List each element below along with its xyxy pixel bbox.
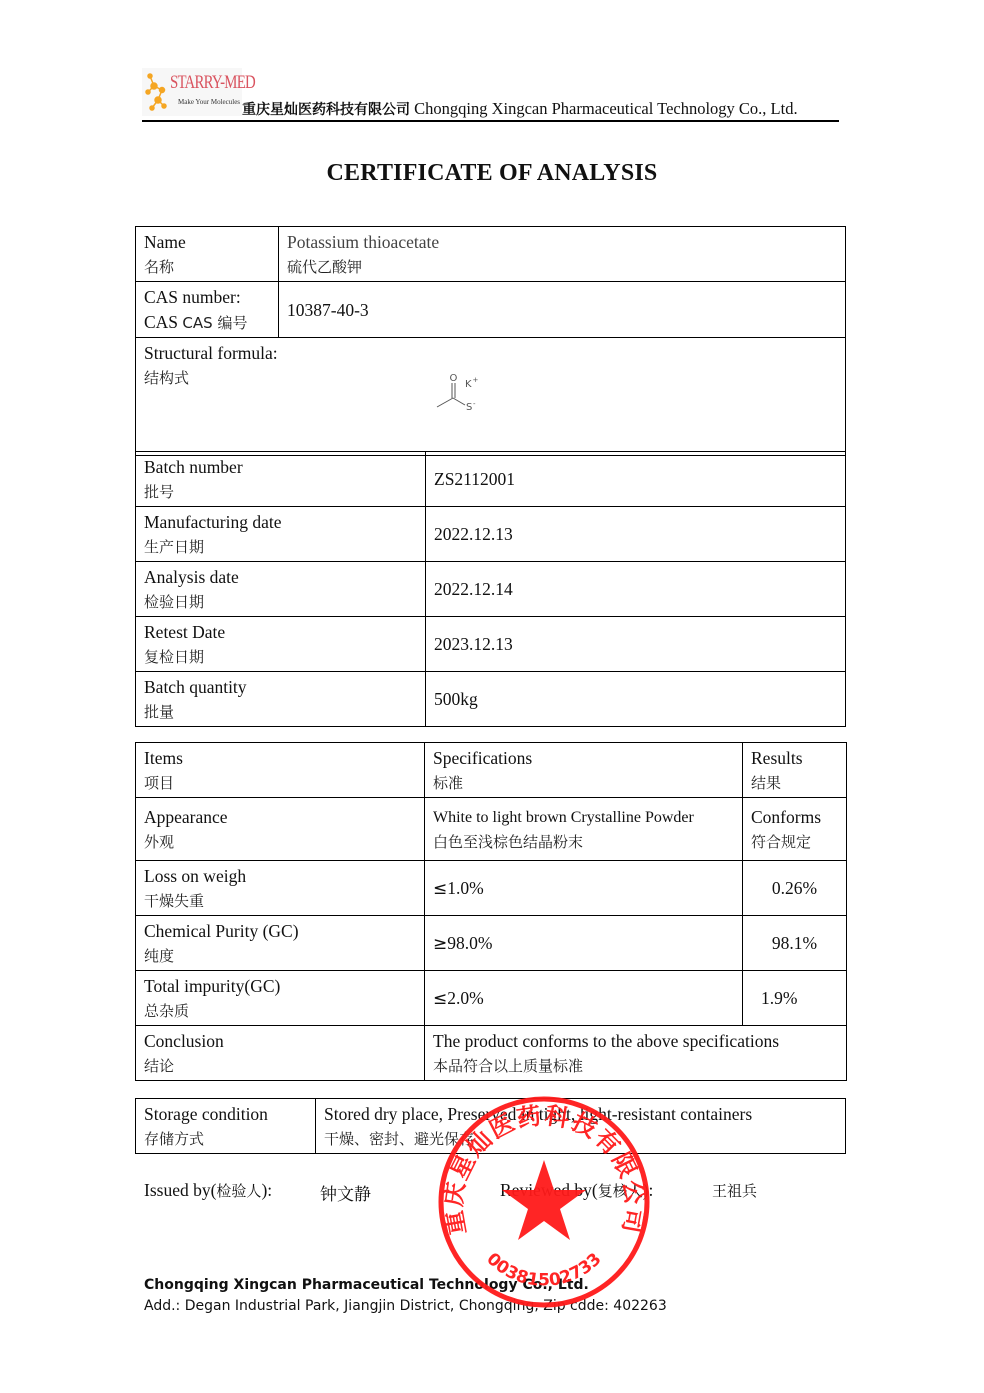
header-items: Items项目 — [136, 743, 425, 798]
batch-field-value: ZS2112001 — [426, 452, 846, 507]
item-total-impurity: Total impurity(GC)总杂质 — [136, 971, 425, 1026]
header-divider — [142, 120, 839, 122]
cas-label: CAS number: CAS CAS 编号 — [136, 282, 279, 338]
conclusion-label: Conclusion结论 — [136, 1026, 425, 1081]
molecule-logo-icon — [144, 72, 170, 112]
result-appearance: Conforms符合规定 — [743, 798, 847, 861]
conclusion-text: The product conforms to the above specif… — [425, 1026, 847, 1081]
header-specifications: Specifications标准 — [425, 743, 743, 798]
header-results: Results结果 — [743, 743, 847, 798]
spec-total-impurity: ≤2.0% — [425, 971, 743, 1026]
item-loss-on-weigh: Loss on weigh干燥失重 — [136, 861, 425, 916]
table-row: Batch quantity批量500kg — [136, 672, 846, 727]
reviewed-by-label: Reviewed by(复核人): — [500, 1180, 653, 1201]
logo-tagline: Make Your Molecules — [178, 98, 240, 106]
cas-value: 10387-40-3 — [279, 282, 846, 338]
storage-label: Storage condition存储方式 — [136, 1099, 316, 1154]
company-name-cn: 重庆星灿医药科技有限公司 — [242, 102, 410, 118]
batch-field-label: Batch quantity批量 — [136, 672, 426, 727]
result-total-impurity: 1.9% — [743, 971, 847, 1026]
batch-field-value: 2022.12.14 — [426, 562, 846, 617]
table-row: Analysis date检验日期2022.12.14 — [136, 562, 846, 617]
batch-field-label: Batch number批号 — [136, 452, 426, 507]
svg-text:-: - — [473, 400, 476, 408]
batch-field-value: 500kg — [426, 672, 846, 727]
spec-loss-on-weigh: ≤1.0% — [425, 861, 743, 916]
table-row: Manufacturing date生产日期2022.12.13 — [136, 507, 846, 562]
company-logo: STARRY-MED Make Your Molecules — [142, 68, 242, 116]
structural-formula-diagram: O K + S - — [433, 370, 493, 418]
svg-text:K: K — [465, 379, 472, 390]
page-title: CERTIFICATE OF ANALYSIS — [0, 160, 984, 187]
spec-chemical-purity: ≥98.0% — [425, 916, 743, 971]
batch-info-table: Batch number批号ZS2112001Manufacturing dat… — [135, 451, 846, 727]
table-row: Loss on weigh干燥失重 ≤1.0% 0.26% — [136, 861, 847, 916]
item-appearance: Appearance外观 — [136, 798, 425, 861]
table-row: Appearance外观 White to light brown Crysta… — [136, 798, 847, 861]
header-company-name: 重庆星灿医药科技有限公司 Chongqing Xingcan Pharmaceu… — [242, 99, 798, 119]
batch-field-value: 2022.12.13 — [426, 507, 846, 562]
logo-wordmark: STARRY-MED — [170, 72, 255, 94]
svg-text:S: S — [466, 402, 472, 413]
table-header-row: Items项目 Specifications标准 Results结果 — [136, 743, 847, 798]
company-name-en: Chongqing Xingcan Pharmaceutical Technol… — [414, 99, 797, 118]
table-row: CAS number: CAS CAS 编号 10387-40-3 — [136, 282, 846, 338]
table-row: Storage condition存储方式 Stored dry place, … — [136, 1099, 846, 1154]
footer-address: Add.: Degan Industrial Park, Jiangjin Di… — [144, 1298, 667, 1314]
result-loss-on-weigh: 0.26% — [743, 861, 847, 916]
table-row: Name 名称 Potassium thioacetate 硫代乙酸钾 — [136, 227, 846, 282]
table-row: Batch number批号ZS2112001 — [136, 452, 846, 507]
spec-appearance: White to light brown Crystalline Powder白… — [425, 798, 743, 861]
batch-field-value: 2023.12.13 — [426, 617, 846, 672]
issued-by-name: 钟文静 — [320, 1180, 371, 1205]
batch-field-label: Analysis date检验日期 — [136, 562, 426, 617]
footer-company-name: Chongqing Xingcan Pharmaceutical Technol… — [144, 1277, 589, 1293]
name-value: Potassium thioacetate 硫代乙酸钾 — [279, 227, 846, 282]
svg-text:+: + — [473, 376, 479, 384]
table-row: Retest Date复检日期2023.12.13 — [136, 617, 846, 672]
table-row: Conclusion结论 The product conforms to the… — [136, 1026, 847, 1081]
storage-table: Storage condition存储方式 Stored dry place, … — [135, 1098, 846, 1154]
reviewed-by-name: 王祖兵 — [712, 1180, 757, 1201]
issued-by-label: Issued by(检验人): — [144, 1180, 272, 1201]
item-chemical-purity: Chemical Purity (GC)纯度 — [136, 916, 425, 971]
table-row: Chemical Purity (GC)纯度 ≥98.0% 98.1% — [136, 916, 847, 971]
table-row: Total impurity(GC)总杂质 ≤2.0% 1.9% — [136, 971, 847, 1026]
storage-text: Stored dry place, Preserved in tight, li… — [316, 1099, 846, 1154]
result-chemical-purity: 98.1% — [743, 916, 847, 971]
batch-field-label: Manufacturing date生产日期 — [136, 507, 426, 562]
product-info-table: Name 名称 Potassium thioacetate 硫代乙酸钾 CAS … — [135, 226, 846, 456]
analysis-results-table: Items项目 Specifications标准 Results结果 Appea… — [135, 742, 847, 1081]
svg-text:O: O — [450, 373, 458, 384]
batch-field-label: Retest Date复检日期 — [136, 617, 426, 672]
name-label: Name 名称 — [136, 227, 279, 282]
